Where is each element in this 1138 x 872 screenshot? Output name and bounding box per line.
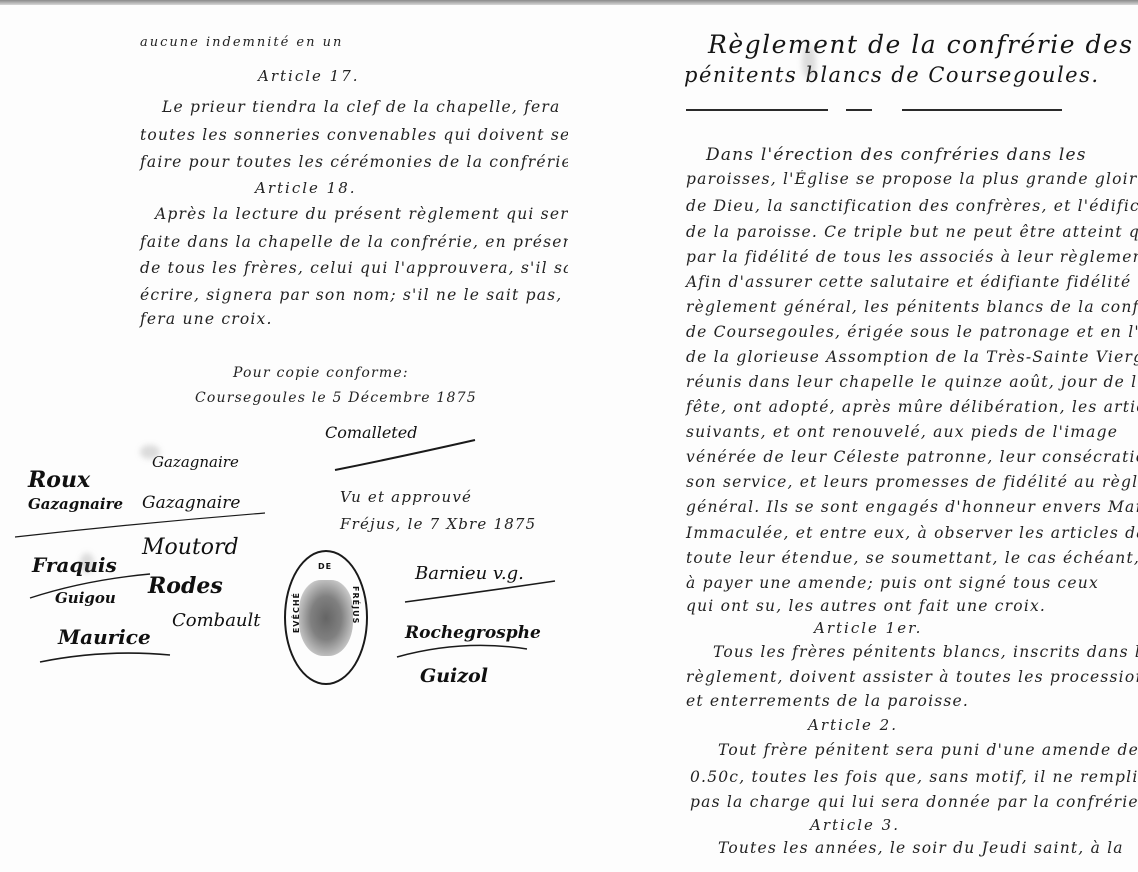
left-line-10: fera une croix. — [140, 310, 273, 328]
article-3-line-0: Toutes les années, le soir du Jeudi sain… — [718, 839, 1124, 857]
member-signature-roux: Roux — [28, 467, 90, 493]
right-line-5: Afin d'assurer cette salutaire et édifia… — [686, 273, 1138, 291]
left-line-9: écrire, signera par son nom; s'il ne le … — [140, 286, 581, 304]
right-line-10: fête, ont adopté, après mûre délibératio… — [686, 398, 1138, 416]
article-1-line-1: règlement, doivent assister à toutes les… — [686, 668, 1138, 686]
right-line-14: général. Ils se sont engagés d'honneur e… — [686, 498, 1138, 516]
article-1-line-0: Tous les frères pénitents blancs, inscri… — [713, 643, 1138, 661]
article-18-heading: Article 18. — [255, 179, 357, 197]
right-line-17: à payer une amende; puis ont signé tous … — [686, 574, 1099, 592]
member-signature-moutord: Moutord — [142, 535, 239, 560]
title-rule-left — [686, 109, 828, 111]
left-line-3: toutes les sonneries convenables qui doi… — [140, 126, 570, 144]
document-title-line-2: pénitents blancs de Coursegoules. — [684, 63, 1100, 87]
maurice-flourish — [35, 647, 175, 667]
left-line-0: aucune indemnité en un — [140, 35, 343, 50]
right-line-1: paroisses, l'Église se propose la plus g… — [686, 170, 1138, 188]
member-signature-combault: Combault — [172, 610, 261, 631]
document-title-line-1: Règlement de la confrérie des — [708, 30, 1134, 59]
right-line-18: qui ont su, les autres ont fait une croi… — [686, 597, 1046, 615]
episcopal-seal: EVÊCHÉ DE FRÉJUS — [284, 550, 368, 685]
approval-signature-guizol: Guizol — [420, 665, 488, 687]
right-line-13: son service, et leurs promesses de fidél… — [686, 473, 1138, 491]
seal-coat-of-arms-icon — [299, 580, 353, 656]
left-line-4: faire pour toutes les cérémonies de la c… — [140, 153, 578, 171]
certification-line-2: Coursegoules le 5 Décembre 1875 — [195, 390, 477, 406]
right-line-11: suivants, et ont renouvelé, aux pieds de… — [686, 423, 1118, 441]
left-line-2: Le prieur tiendra la clef de la chapelle… — [162, 98, 560, 116]
article-1-line-2: et enterrements de la paroisse. — [686, 692, 969, 710]
right-line-12: vénérée de leur Céleste patronne, leur c… — [686, 448, 1138, 466]
rochegrosphe-flourish — [392, 637, 532, 662]
left-line-6: Après la lecture du présent règlement qu… — [155, 205, 579, 223]
scan-smudge — [802, 45, 816, 79]
article-2-line-2: pas la charge qui lui sera donnée par la… — [690, 793, 1138, 811]
member-signature-maurice: Maurice — [58, 625, 151, 649]
seal-text-top: DE — [318, 562, 332, 571]
scan-smudge — [140, 445, 160, 459]
seal-text-left: EVÊCHÉ — [292, 592, 301, 633]
member-signature-gazagnaire-3: Gazagnaire — [142, 493, 240, 513]
approval-line-2: Fréjus, le 7 Xbre 1875 — [340, 515, 536, 533]
left-line-8: de tous les frères, celui qui l'approuve… — [140, 259, 587, 277]
article-17-heading: Article 17. — [258, 67, 360, 85]
right-line-4: par la fidélité de tous les associés à l… — [686, 248, 1138, 266]
certification-flourish — [330, 435, 480, 475]
member-signature-rodes: Rodes — [148, 573, 223, 599]
approval-line-1: Vu et approuvé — [340, 488, 472, 506]
seal-text-right: FRÉJUS — [351, 586, 360, 624]
certification-line-1: Pour copie conforme: — [233, 365, 409, 381]
article-2-line-0: Tout frère pénitent sera puni d'une amen… — [718, 741, 1138, 759]
right-line-15: Immaculée, et entre eux, à observer les … — [686, 524, 1138, 542]
title-rule-middle — [846, 109, 872, 111]
right-page: Règlement de la confrérie des pénitents … — [568, 5, 1138, 872]
article-2-heading: Article 2. — [808, 716, 898, 734]
title-rule-right — [902, 109, 1062, 111]
right-line-7: de Coursegoules, érigée sous le patronag… — [686, 323, 1138, 341]
right-line-8: de la glorieuse Assomption de la Très-Sa… — [686, 348, 1138, 366]
right-line-0: Dans l'érection des confréries dans les — [706, 145, 1087, 165]
article-1-heading: Article 1er. — [814, 619, 922, 637]
member-signature-guigou: Guigou — [55, 589, 116, 607]
article-2-line-1: 0.50c, toutes les fois que, sans motif, … — [690, 768, 1138, 786]
scan-smudge — [80, 553, 94, 573]
left-line-7: faite dans la chapelle de la confrérie, … — [140, 233, 594, 251]
right-line-3: de la paroisse. Ce triple but ne peut êt… — [686, 223, 1138, 241]
left-page: aucune indemnité en un Article 17. Le pr… — [0, 5, 568, 872]
right-line-16: toute leur étendue, se soumettant, le ca… — [686, 549, 1138, 567]
right-line-9: réunis dans leur chapelle le quinze août… — [686, 373, 1138, 391]
article-3-heading: Article 3. — [810, 816, 900, 834]
barnieu-flourish — [400, 577, 560, 607]
right-line-2: de Dieu, la sanctification des confrères… — [686, 197, 1138, 215]
member-signature-gazagnaire-2: Gazagnaire — [152, 453, 239, 471]
right-line-6: règlement général, les pénitents blancs … — [686, 298, 1138, 316]
